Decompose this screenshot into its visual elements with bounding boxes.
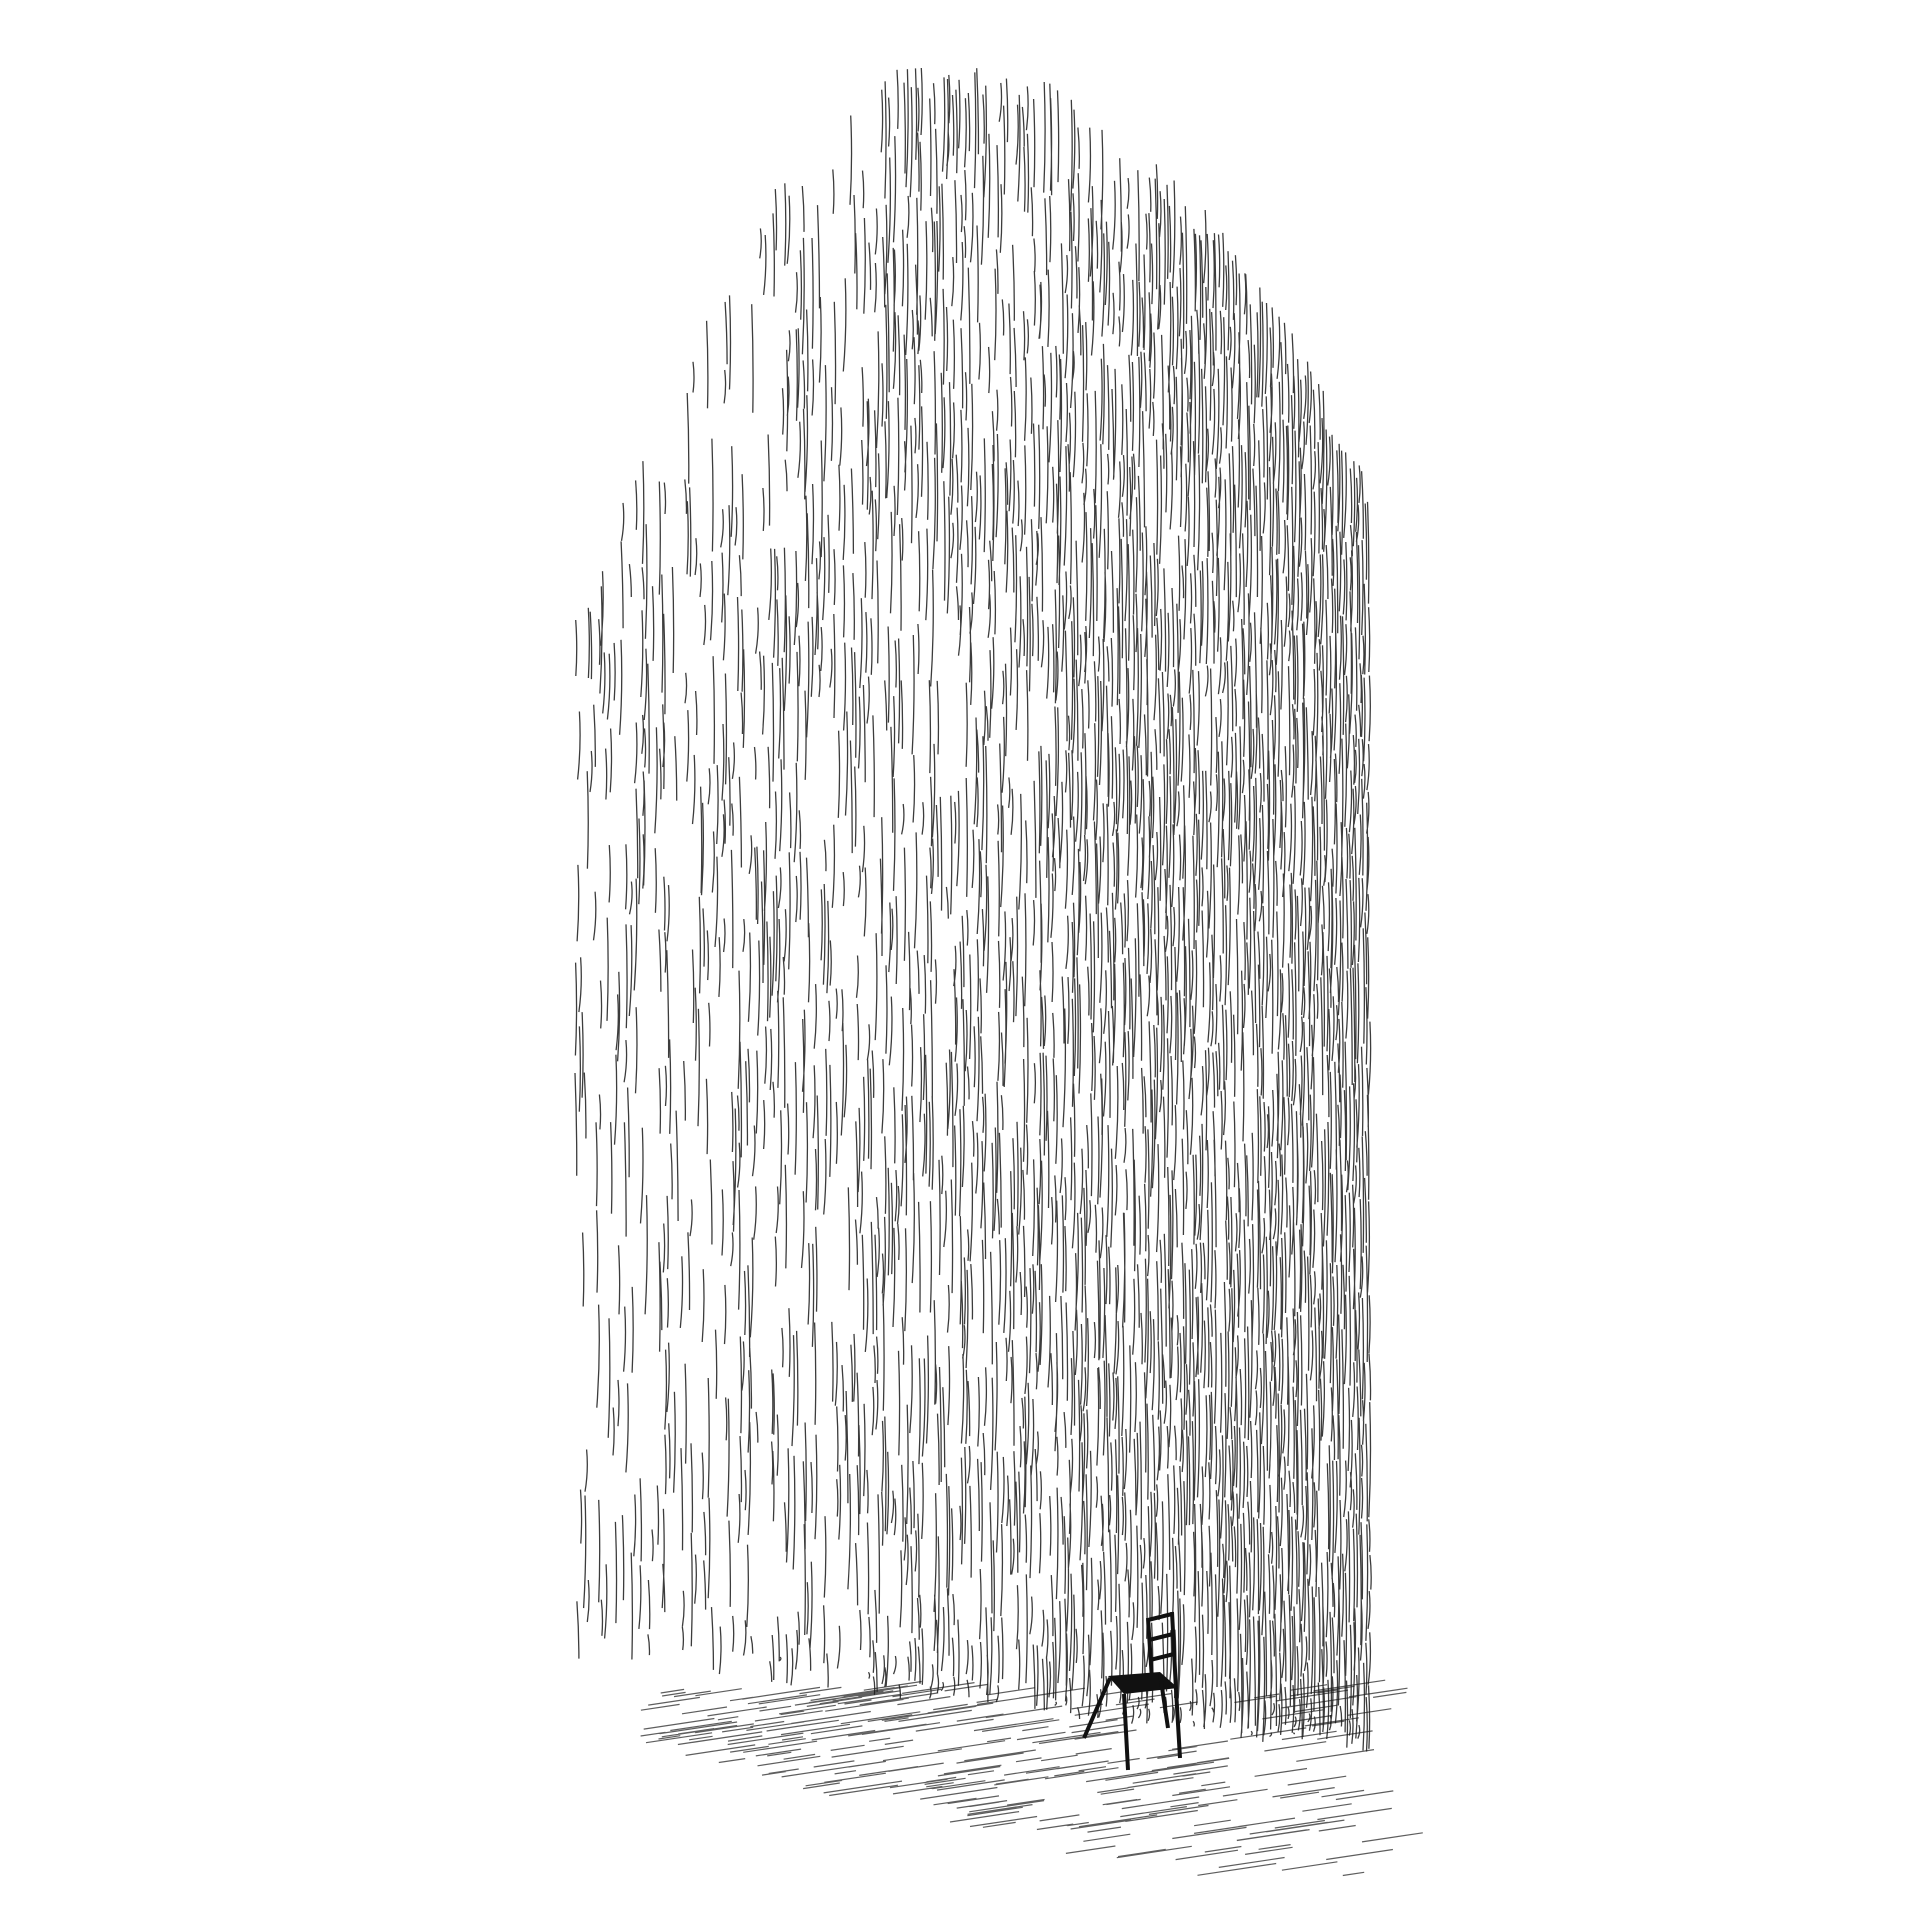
floor-hatching [641, 1680, 1423, 1875]
arch-hatching [575, 68, 1371, 1752]
ink-sketch [0, 0, 1920, 1919]
